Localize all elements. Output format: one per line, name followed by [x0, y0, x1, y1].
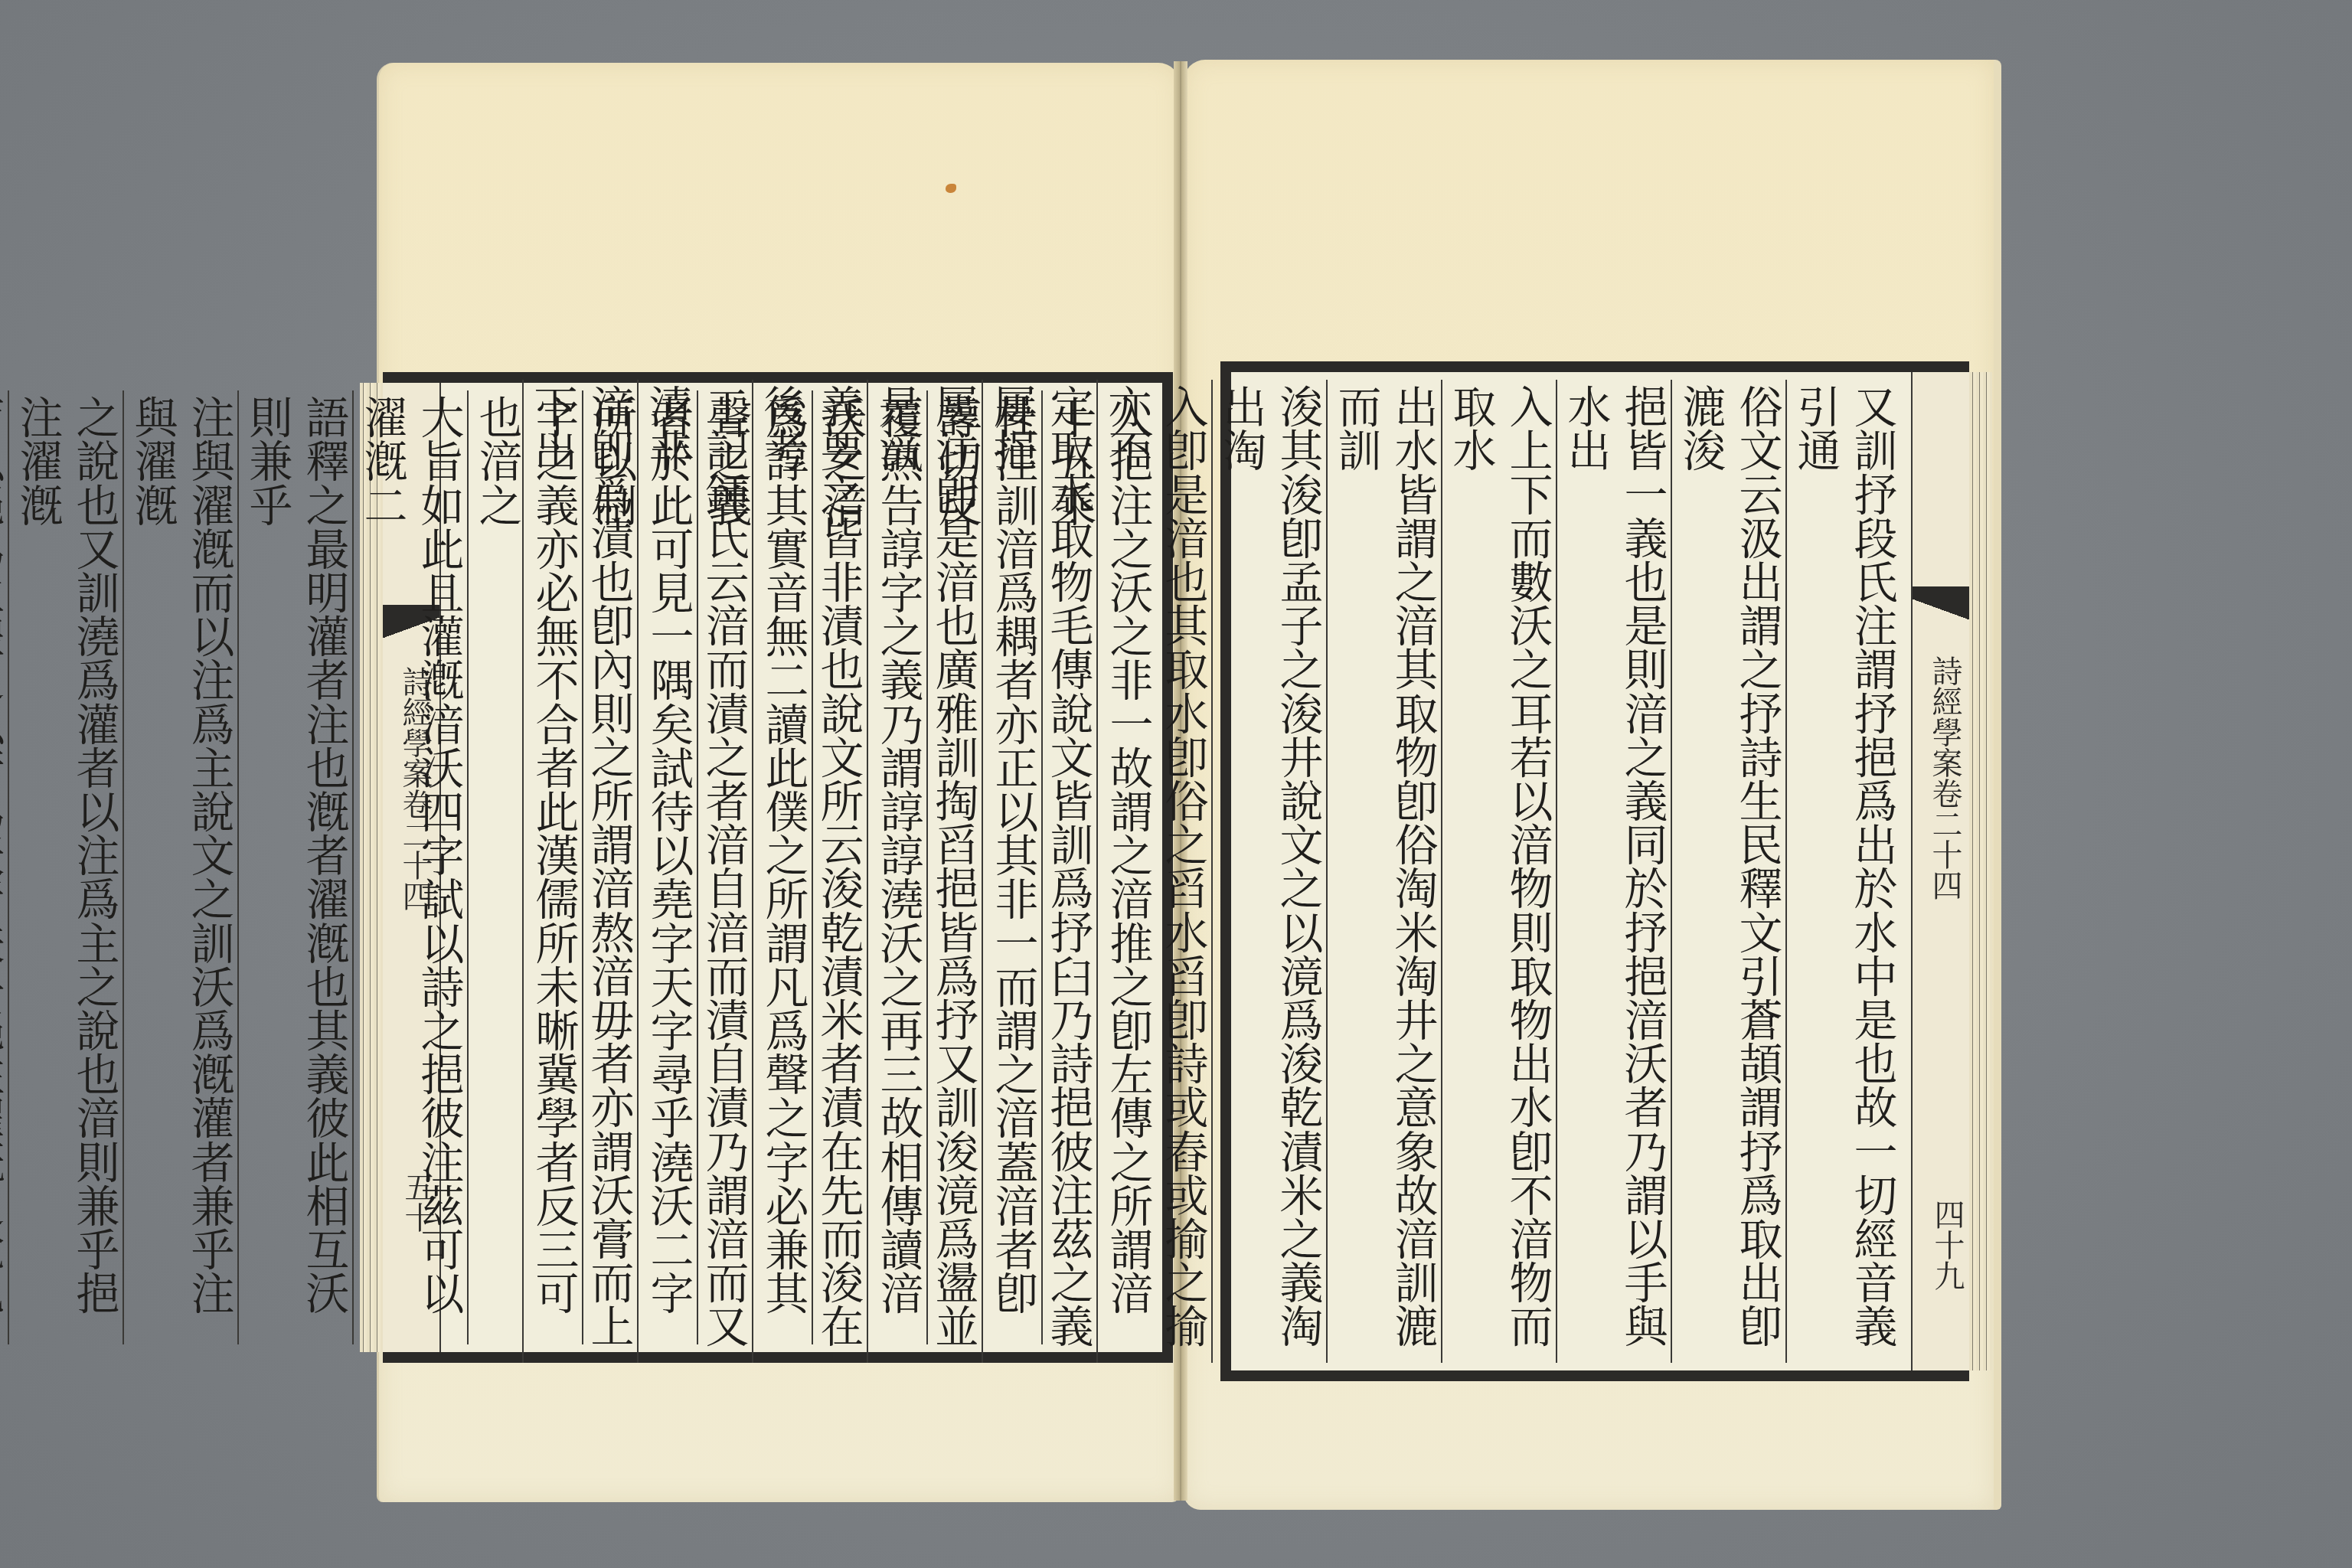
text-column: 屢注卽是湆也廣雅訓掏舀挹皆爲抒又訓浚滰爲盪並是湆	[867, 380, 982, 1363]
right-page-edge-stack	[1969, 372, 1992, 1370]
text-column: 入卽是湆也其取水卽俗之舀水舀卽詩或舂或揄之揄亦不	[1096, 380, 1211, 1363]
fishtail-icon	[1913, 586, 1969, 632]
text-column: 而以挹爲主禮之以湆爲沃者兼乎挹注濯漑之說也說文之	[0, 390, 8, 1344]
banxin-page-number: 四十九	[1913, 1199, 1969, 1291]
text-column: 義要之皆非漬也說文所云浚乾漬米者漬在先而浚在後考	[752, 380, 867, 1363]
text-column: 挹皆一義也是則湆之義同於抒挹湆沃者乃謂以手與水出	[1556, 380, 1671, 1363]
text-column: 又訓抒段氏注謂抒挹爲出於水中是也故一切經音義引通	[1785, 380, 1900, 1363]
text-column: 定取水取物毛傳說文皆訓爲抒臼乃詩挹彼注茲之義屢挹	[982, 380, 1096, 1363]
text-column: 浚其浚卽孟子之浚井說文之以滰爲浚乾漬米之義淘出淘	[1211, 380, 1326, 1363]
paper-stain	[946, 184, 956, 193]
right-text-columns: 又訓抒段氏注謂抒挹爲出於水中是也故一切經音義引通 俗文云汲出謂之抒詩生民釋文引蒼…	[1237, 380, 1900, 1363]
text-column: 語釋之最明灌者注也漑者濯漑也其義彼此相互沃則兼乎	[237, 390, 352, 1344]
text-column: 注與濯漑而以注爲主說文之訓沃爲漑灌者兼乎注與濯漑	[122, 390, 237, 1344]
text-column: 工記鍾氏云湆而漬之者湆自湆而漬自漬乃謂湆而又漬非	[637, 380, 752, 1363]
right-banxin-margin: 詩經學案卷二十四 四十九	[1911, 372, 1969, 1370]
text-column: 之說也又訓澆爲灌者以注爲主之說也湆則兼乎挹注濯漑	[8, 390, 122, 1344]
text-column: 湆卽爲漬也卽內則之所謂湆熬湆毋者亦謂沃膏而上下出	[522, 380, 637, 1363]
text-column: 出水皆謂之湆其取物卽俗淘米淘井之意象故湆訓漉而訓	[1326, 380, 1441, 1363]
text-column: 俗文云汲出謂之抒詩生民釋文引蒼頡謂抒爲取出卽漉浚	[1671, 380, 1785, 1363]
text-column: 入上下而數沃之耳若以湆物則取物出水卽不湆物而取水	[1441, 380, 1556, 1363]
banxin-title: 詩經學案卷二十四	[1913, 655, 1969, 900]
right-print-frame: 詩經學案卷二十四 四十九 又訓抒段氏注謂抒挹爲出於水中是也故一切經音義引通 俗文…	[1220, 361, 1969, 1381]
text-column: 大旨如此且灌漑湆沃四字試以詩之挹彼注茲可以濯漑二	[352, 390, 467, 1344]
